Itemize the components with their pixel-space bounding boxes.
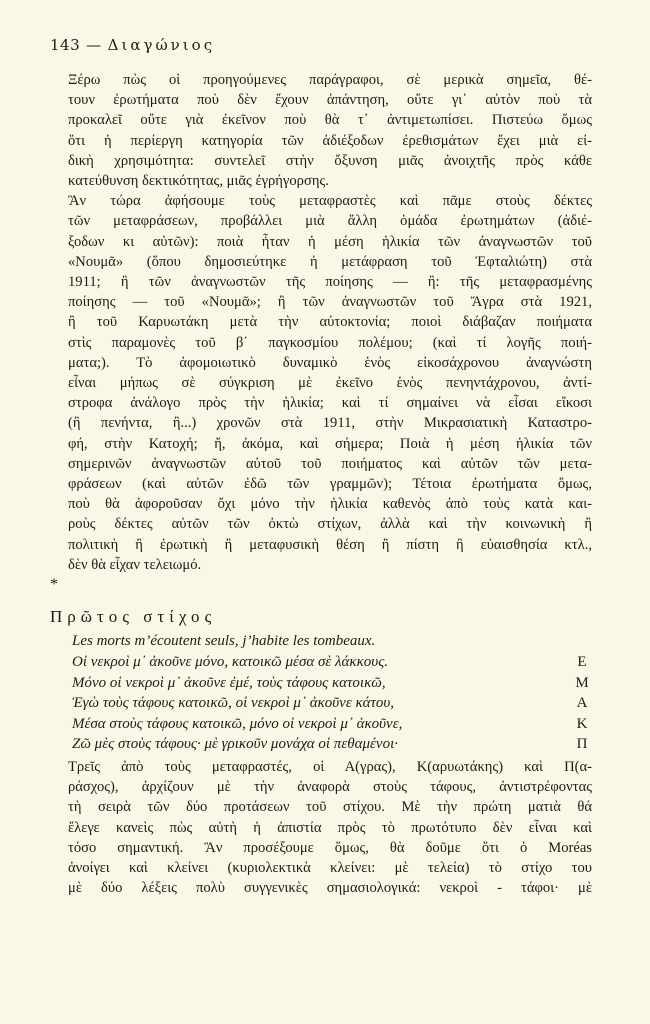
text-line: 1911; ἢ τῶν ἀναγνωστῶν τῆς ποίησης — ἢ: … bbox=[50, 272, 592, 292]
journal-title: Διαγώνιος bbox=[108, 36, 215, 54]
verse-translation: Μόνο οἱ νεκροὶ μ᾽ ἀκοῦνε ἐμέ, τοὺς τάφου… bbox=[72, 673, 592, 694]
page-number: 143 bbox=[50, 36, 80, 54]
text-line: ποὺ θὰ ἀφοροῦσαν ὄχι μόνο τὴν ἡλικία καθ… bbox=[50, 494, 592, 514]
verse-text: Οἱ νεκροὶ μ᾽ ἀκοῦνε μόνο, κατοικῶ μέσα σ… bbox=[72, 652, 388, 673]
text-line: φράσεων (καὶ αὐτῶν ἐδῶ τῶν γραμμῶν); Τέτ… bbox=[50, 474, 592, 494]
text-line: τουν ἐρωτήματα ποὺ δὲν ἔχουν ἀπάντηση, ο… bbox=[50, 90, 592, 110]
paragraph-3: Τρεῖς ἀπὸ τοὺς μεταφραστές, οἱ Α(γρας), … bbox=[50, 757, 592, 898]
text-line: Ἂν τώρα ἀφήσουμε τοὺς μεταφραστὲς καὶ πᾶ… bbox=[50, 191, 592, 211]
text-line: κατεύθυνση δεκτικότητας, μιᾶς ἐγρήγορσης… bbox=[50, 171, 592, 191]
text-line: ξοδων κι αὐτῶν): ποιὰ ἦταν ἡ μέση ἡλικία… bbox=[50, 232, 592, 252]
verse-text: Ἐγὼ τοὺς τάφους κατοικῶ, οἱ νεκροὶ μ᾽ ἀκ… bbox=[72, 693, 394, 714]
verse-text: Ζῶ μὲς στοὺς τάφους· μὲ γρικοῦν μονάχα ο… bbox=[72, 734, 398, 755]
text-line: εἶναι μήπως σὲ σύγκριση μὲ ἐκεῖνο ἑνὸς π… bbox=[50, 373, 592, 393]
page-body: Ξέρω πὼς οἱ προηγούμενες παράγραφοι, σὲ … bbox=[50, 70, 592, 898]
text-line: ἀνοίγει καὶ κλείνει (κυριολεκτικὰ κλείνε… bbox=[50, 858, 592, 878]
text-line: τὴ σειρὰ τῶν δύο προτάσεων τοῦ στίχου. Μ… bbox=[50, 797, 592, 817]
verse-text: Μέσα στοὺς τάφους κατοικῶ, μόνο οἱ νεκρο… bbox=[72, 714, 402, 735]
text-line: τῶν μεταφράσεων, προβάλλει μιὰ ἄλλη ὁμάδ… bbox=[50, 211, 592, 231]
translator-tag: Κ bbox=[572, 714, 592, 735]
text-line: ροὺς δέκτες αὐτῶν τῶν ὀκτὼ στίχων, ἀλλὰ … bbox=[50, 514, 592, 534]
text-line: ἢ τοῦ Καρυωτάκη μετὰ τὴν αὐτοκτονία; ποι… bbox=[50, 312, 592, 332]
translator-tag: Ε bbox=[572, 652, 592, 673]
text-line: ματα;). Τὸ ἀφομοιωτικὸ δυναμικὸ ἑνὸς εἰκ… bbox=[50, 353, 592, 373]
verse-text: Μόνο οἱ νεκροὶ μ᾽ ἀκοῦνε ἐμέ, τοὺς τάφου… bbox=[72, 673, 386, 694]
text-line: ὅτι ἡ περίεργη κατηγορία τῶν ἀδιέξοδων ἐ… bbox=[50, 131, 592, 151]
text-line: τόσο σημαντική. Ἂν προσέξουμε ὅμως, θὰ δ… bbox=[50, 838, 592, 858]
text-line: δὲν θὰ εἶχαν τελειωμό. bbox=[50, 555, 592, 575]
running-header: 143—Διαγώνιος bbox=[50, 36, 215, 54]
translator-tag: Α bbox=[572, 693, 592, 714]
translator-tag: Μ bbox=[572, 673, 592, 694]
section-divider-asterisk: * bbox=[50, 575, 592, 595]
verse-translations: Les morts m’écoutent seuls, j’habite les… bbox=[72, 631, 592, 755]
text-line: «Νουμᾶ» (ὅπου δημοσιεύτηκε ἡ μετάφραση τ… bbox=[50, 252, 592, 272]
text-line: προκαλεῖ οὔτε γιὰ ἐκεῖνον ποὺ θὰ τ᾽ ἀντι… bbox=[50, 110, 592, 130]
text-line: φή, στὴν Κατοχή; ἤ, ἀκόμα, καὶ σήμερα; Π… bbox=[50, 434, 592, 454]
book-page: 143—Διαγώνιος Ξέρω πὼς οἱ προηγούμενες π… bbox=[0, 0, 650, 1024]
text-line: ράσχος), ἀρχίζουν μὲ τὴν ἀναφορὰ στοὺς τ… bbox=[50, 777, 592, 797]
verse-translation: Ἐγὼ τοὺς τάφους κατοικῶ, οἱ νεκροὶ μ᾽ ἀκ… bbox=[72, 693, 592, 714]
translator-tag bbox=[572, 631, 592, 652]
text-line: (ἢ πενήντα, ἢ...) χρονῶν στὰ 1911, στὴν … bbox=[50, 413, 592, 433]
text-line: μὲ δύο λέξεις πολὺ συγγενικὲς σημασιολογ… bbox=[50, 878, 592, 898]
text-line: ποίησης — τοῦ «Νουμᾶ»; ἢ τῶν ἀναγνωστῶν … bbox=[50, 292, 592, 312]
text-line: πολιτικὴ ἢ ἐρωτικὴ ἢ μεταφυσικὴ θέση ἢ π… bbox=[50, 535, 592, 555]
text-line: Ξέρω πὼς οἱ προηγούμενες παράγραφοι, σὲ … bbox=[50, 70, 592, 90]
text-line: ἔλεγε κανεὶς πὼς αὐτὴ ἡ ἀπιστία πρὸς τὸ … bbox=[50, 818, 592, 838]
translator-tag: Π bbox=[572, 734, 592, 755]
text-line: Τρεῖς ἀπὸ τοὺς μεταφραστές, οἱ Α(γρας), … bbox=[50, 757, 592, 777]
paragraph-1: Ξέρω πὼς οἱ προηγούμενες παράγραφοι, σὲ … bbox=[50, 70, 592, 191]
section-title: Πρῶτος στίχος bbox=[50, 607, 592, 627]
paragraph-2: Ἂν τώρα ἀφήσουμε τοὺς μεταφραστὲς καὶ πᾶ… bbox=[50, 191, 592, 575]
text-line: σημερινῶν ἀναγνωστῶν αὐτοῦ τοῦ ποιήματος… bbox=[50, 454, 592, 474]
verse-translation: Οἱ νεκροὶ μ᾽ ἀκοῦνε μόνο, κατοικῶ μέσα σ… bbox=[72, 652, 592, 673]
text-line: στροφα ἀνάλογο πρὸς τὴν ἡλικία; καὶ τί σ… bbox=[50, 393, 592, 413]
verse-original: Les morts m’écoutent seuls, j’habite les… bbox=[72, 631, 592, 652]
text-line: στὶς παραμονὲς τοῦ β΄ παγκοσμίου πολέμου… bbox=[50, 333, 592, 353]
header-separator: — bbox=[86, 36, 102, 54]
verse-translation: Μέσα στοὺς τάφους κατοικῶ, μόνο οἱ νεκρο… bbox=[72, 714, 592, 735]
verse-translation: Ζῶ μὲς στοὺς τάφους· μὲ γρικοῦν μονάχα ο… bbox=[72, 734, 592, 755]
text-line: δικὴ χρησιμότητα: συντελεῖ στὴν ὄξυνση μ… bbox=[50, 151, 592, 171]
verse-text: Les morts m’écoutent seuls, j’habite les… bbox=[72, 631, 375, 652]
